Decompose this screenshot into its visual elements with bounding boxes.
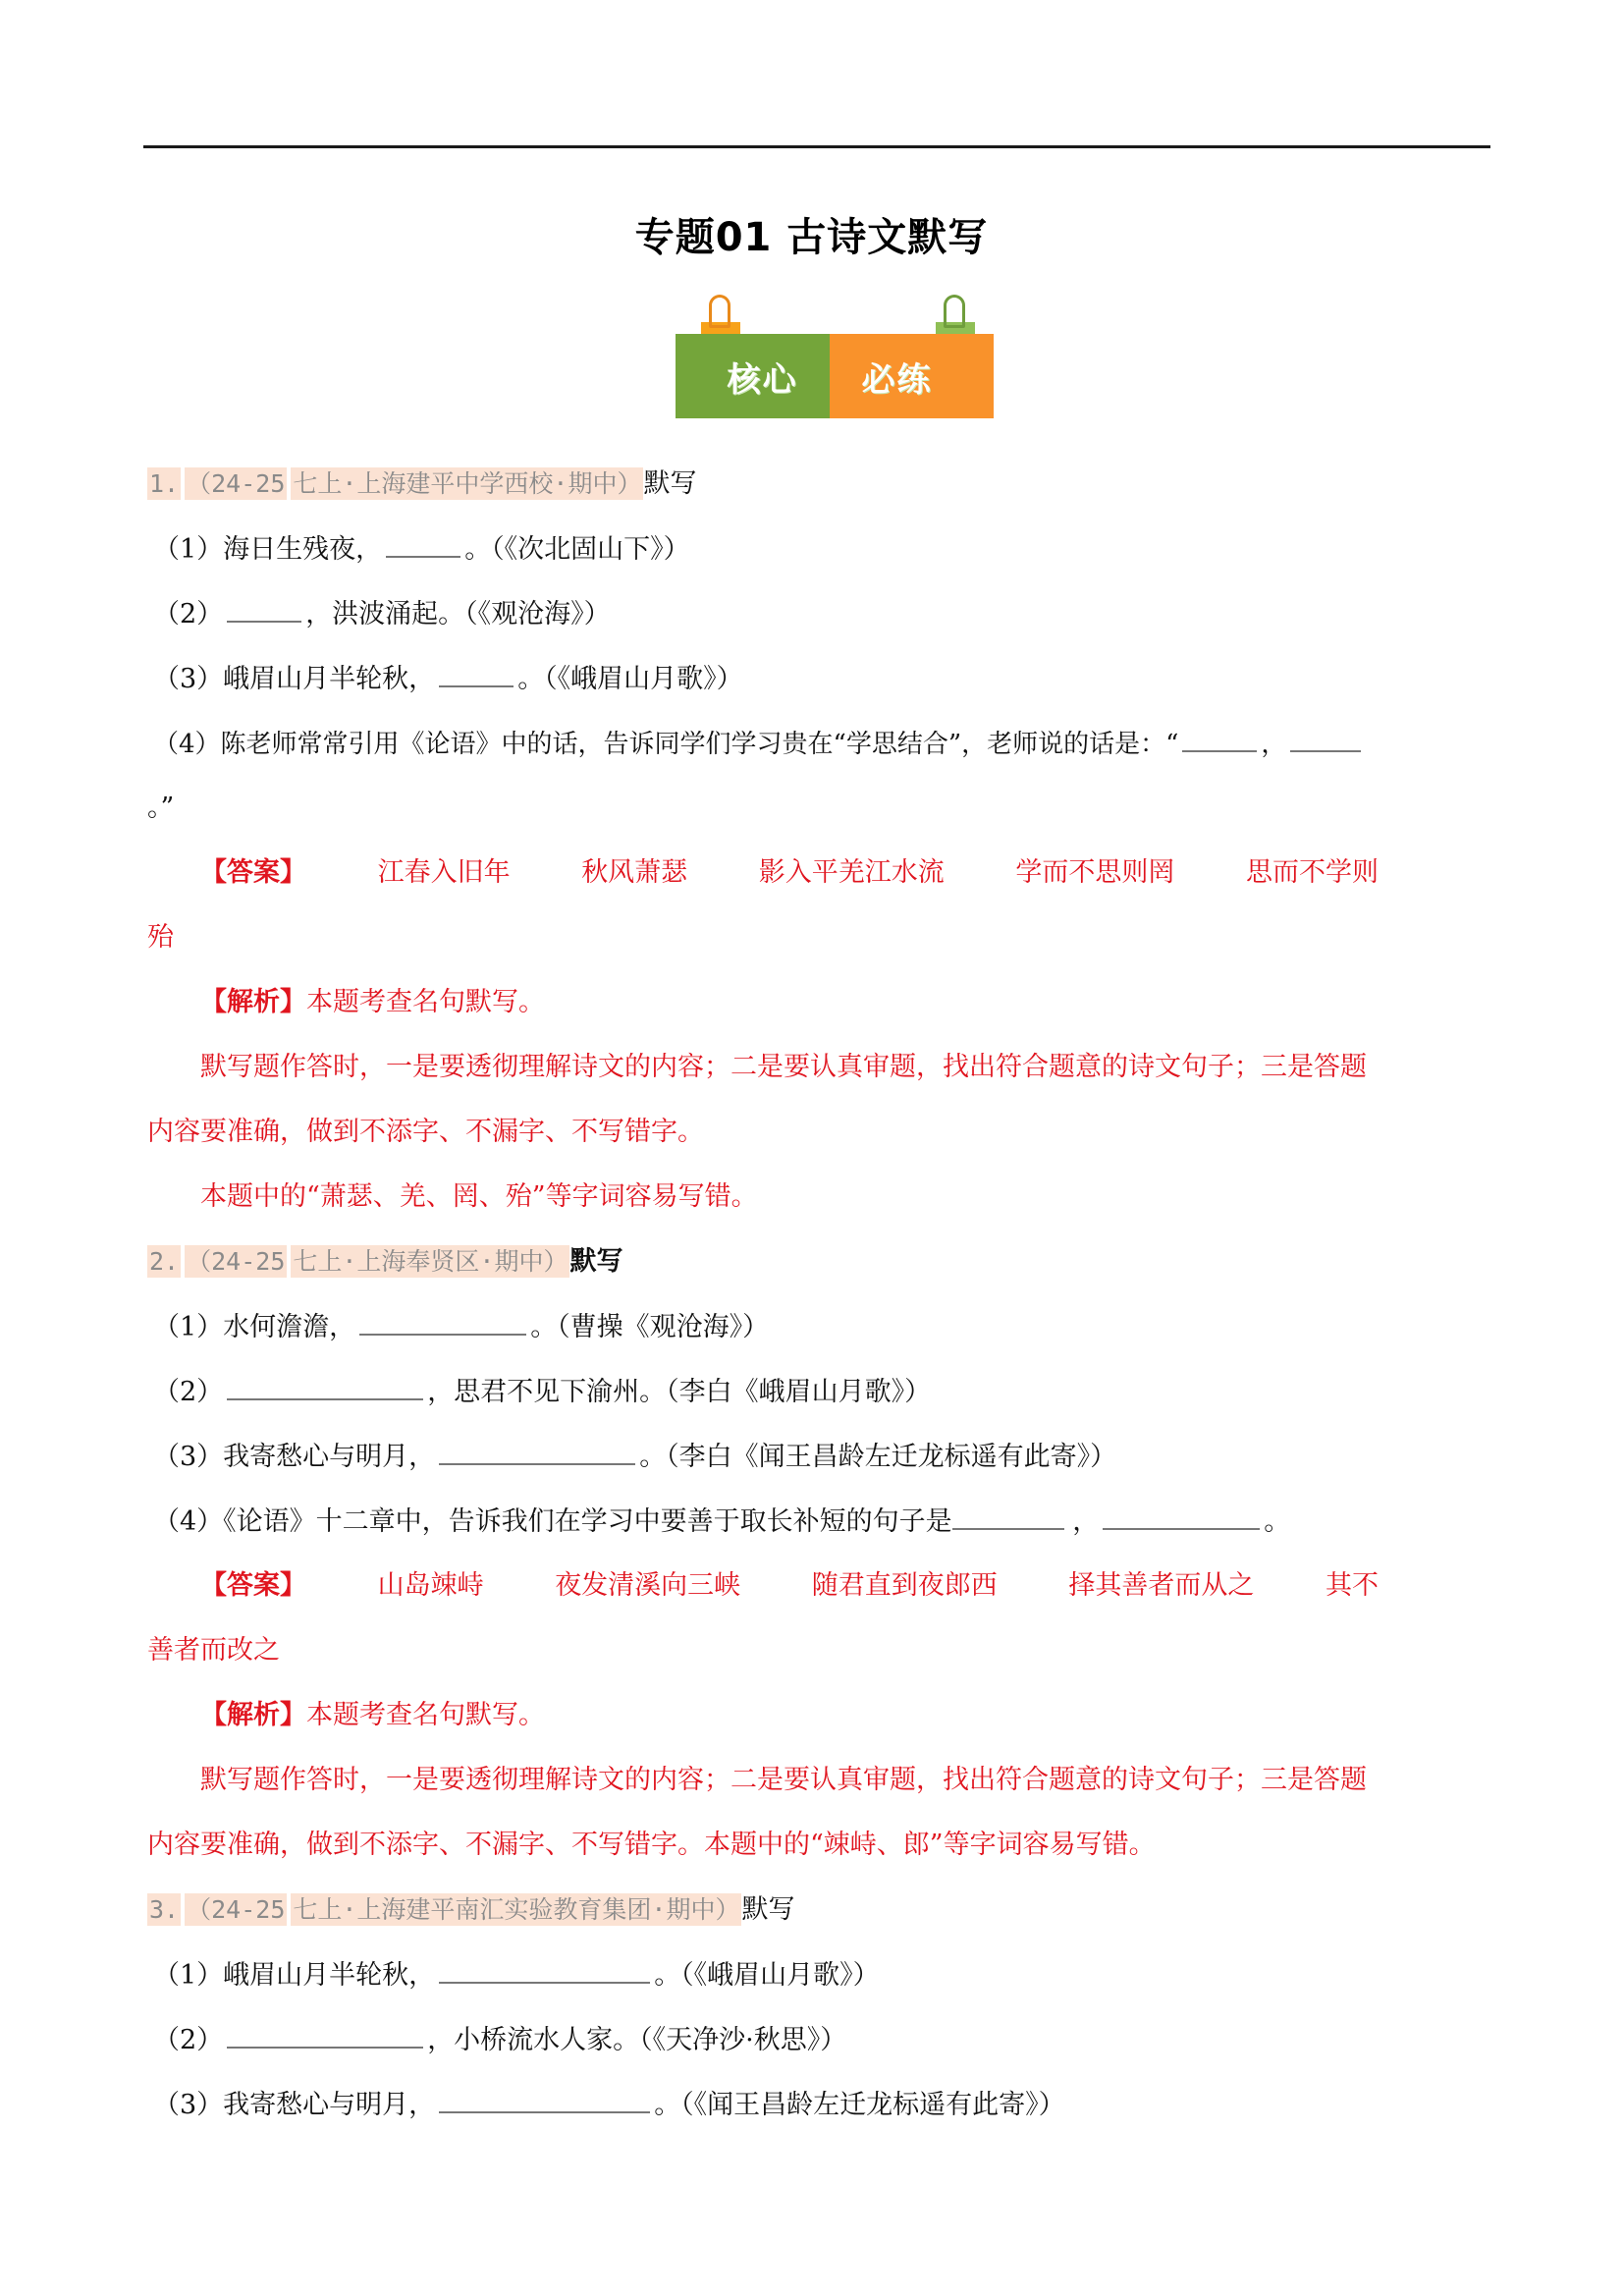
question-item: （3）我寄愁心与明月，。（《闻王昌龄左迁龙标遥有此寄》）	[147, 2082, 1488, 2147]
analysis-text: 默写题作答时，一是要透彻理解诗文的内容；二是要认真审题，找出符合题意的诗文句子；…	[147, 1758, 1488, 1823]
answer-blank[interactable]	[1182, 721, 1257, 752]
question-item: （1）海日生残夜，。（《次北固山下》）	[147, 526, 1488, 591]
answer-wrap: 殆	[147, 915, 1488, 980]
question-item: （2），洪波涌起。（《观沧海》）	[147, 591, 1488, 656]
answer-blank[interactable]	[1290, 721, 1361, 752]
question-source: 七上·上海建平南汇实验教育集团·期中）	[291, 1893, 741, 1926]
question-source-year: （24-25	[185, 467, 287, 500]
answer-blank[interactable]	[227, 591, 301, 623]
analysis-row: 【解析】本题考查名句默写。	[147, 1693, 1488, 1758]
question-item: （3）峨眉山月半轮秋，。（《峨眉山月歌》）	[147, 656, 1488, 721]
question-type: 默写	[643, 468, 696, 499]
question-source: 七上·上海建平中学西校·期中）	[291, 467, 643, 500]
analysis-label: 【解析】	[200, 987, 306, 1017]
answer-row: 【答案】 江春入旧年 秋风萧瑟 影入平羌江水流 学而不思则罔 思而不学则	[147, 850, 1488, 915]
analysis-text: 默写题作答时，一是要透彻理解诗文的内容；二是要认真审题，找出符合题意的诗文句子；…	[147, 1045, 1488, 1110]
question-item: （3）我寄愁心与明月，。（李白《闻王昌龄左迁龙标遥有此寄》）	[147, 1434, 1488, 1499]
question-item-wrap: 。”	[147, 786, 1488, 850]
question-type: 默写	[569, 1246, 622, 1277]
question-type: 默写	[741, 1894, 794, 1925]
header-rule	[143, 145, 1490, 148]
question-header: 1.（24-25七上·上海建平中学西校·期中）默写	[147, 462, 1488, 526]
answer: 随君直到夜郎西	[812, 1570, 998, 1601]
answer: 江春入旧年	[378, 857, 511, 888]
answer: 择其善者而从之	[1068, 1570, 1254, 1601]
badge-right: 必练	[830, 334, 994, 418]
answer: 山岛竦峙	[378, 1570, 484, 1601]
answer-row: 【答案】 山岛竦峙 夜发清溪向三峡 随君直到夜郎西 择其善者而从之 其不	[147, 1563, 1488, 1628]
answer-blank[interactable]	[227, 1369, 423, 1400]
answer-wrap: 善者而改之	[147, 1628, 1488, 1693]
badge-left: 核心	[676, 334, 830, 418]
answer-blank[interactable]	[439, 1434, 635, 1465]
page-title: 专题01 古诗文默写	[0, 206, 1623, 262]
answer-blank[interactable]	[359, 1304, 526, 1336]
answer-blank[interactable]	[439, 1952, 650, 1984]
question-item: （4）《论语》十二章中，告诉我们在学习中要善于取长补短的句子是 ，。	[147, 1499, 1488, 1563]
analysis-label: 【解析】	[200, 1700, 306, 1730]
question-item: （1）峨眉山月半轮秋，。（《峨眉山月歌》）	[147, 1952, 1488, 2017]
question-item: （4）陈老师常常引用《论语》中的话，告诉同学们学习贵在“学思结合”，老师说的话是…	[147, 721, 1488, 786]
answer-blank[interactable]	[1103, 1499, 1260, 1530]
question-source-year: （24-25	[185, 1893, 287, 1926]
question-header: 3.（24-25七上·上海建平南汇实验教育集团·期中）默写	[147, 1887, 1488, 1952]
answer-blank[interactable]	[952, 1499, 1064, 1530]
answer: 影入平羌江水流	[759, 857, 945, 888]
answer: 秋风萧瑟	[581, 857, 687, 888]
answer-blank[interactable]	[227, 2017, 423, 2049]
analysis-text: 内容要准确，做到不添字、不漏字、不写错字。本题中的“竦峙、郎”等字词容易写错。	[147, 1823, 1488, 1887]
question-number: 2.	[147, 1245, 181, 1278]
analysis-text: 本题中的“萧瑟、羌、罔、殆”等字词容易写错。	[147, 1175, 1488, 1239]
answer: 其不	[1325, 1570, 1379, 1601]
section-badge: 核心 必练	[676, 334, 994, 418]
answer-label: 【答案】	[200, 1570, 306, 1601]
question-item: （2），思君不见下渝州。（李白《峨眉山月歌》）	[147, 1369, 1488, 1434]
question-list: 1.（24-25七上·上海建平中学西校·期中）默写 （1）海日生残夜，。（《次北…	[147, 462, 1488, 2147]
question-source: 七上·上海奉贤区·期中）	[291, 1245, 569, 1278]
question-item: （1）水何澹澹，。（曹操《观沧海》）	[147, 1304, 1488, 1369]
answer-blank[interactable]	[439, 2082, 650, 2113]
answer: 思而不学则	[1246, 857, 1379, 888]
analysis-text: 内容要准确，做到不添字、不漏字、不写错字。	[147, 1110, 1488, 1175]
question-number: 1.	[147, 467, 181, 500]
answer-blank[interactable]	[386, 526, 460, 558]
analysis-row: 【解析】本题考查名句默写。	[147, 980, 1488, 1045]
answer-label: 【答案】	[200, 857, 306, 888]
question-number: 3.	[147, 1893, 181, 1926]
question-header: 2.（24-25七上·上海奉贤区·期中）默写	[147, 1239, 1488, 1304]
question-source-year: （24-25	[185, 1245, 287, 1278]
question-item: （2），小桥流水人家。（《天净沙·秋思》）	[147, 2017, 1488, 2082]
answer: 学而不思则罔	[1015, 857, 1174, 888]
answer-blank[interactable]	[439, 656, 514, 687]
answer: 夜发清溪向三峡	[555, 1570, 740, 1601]
